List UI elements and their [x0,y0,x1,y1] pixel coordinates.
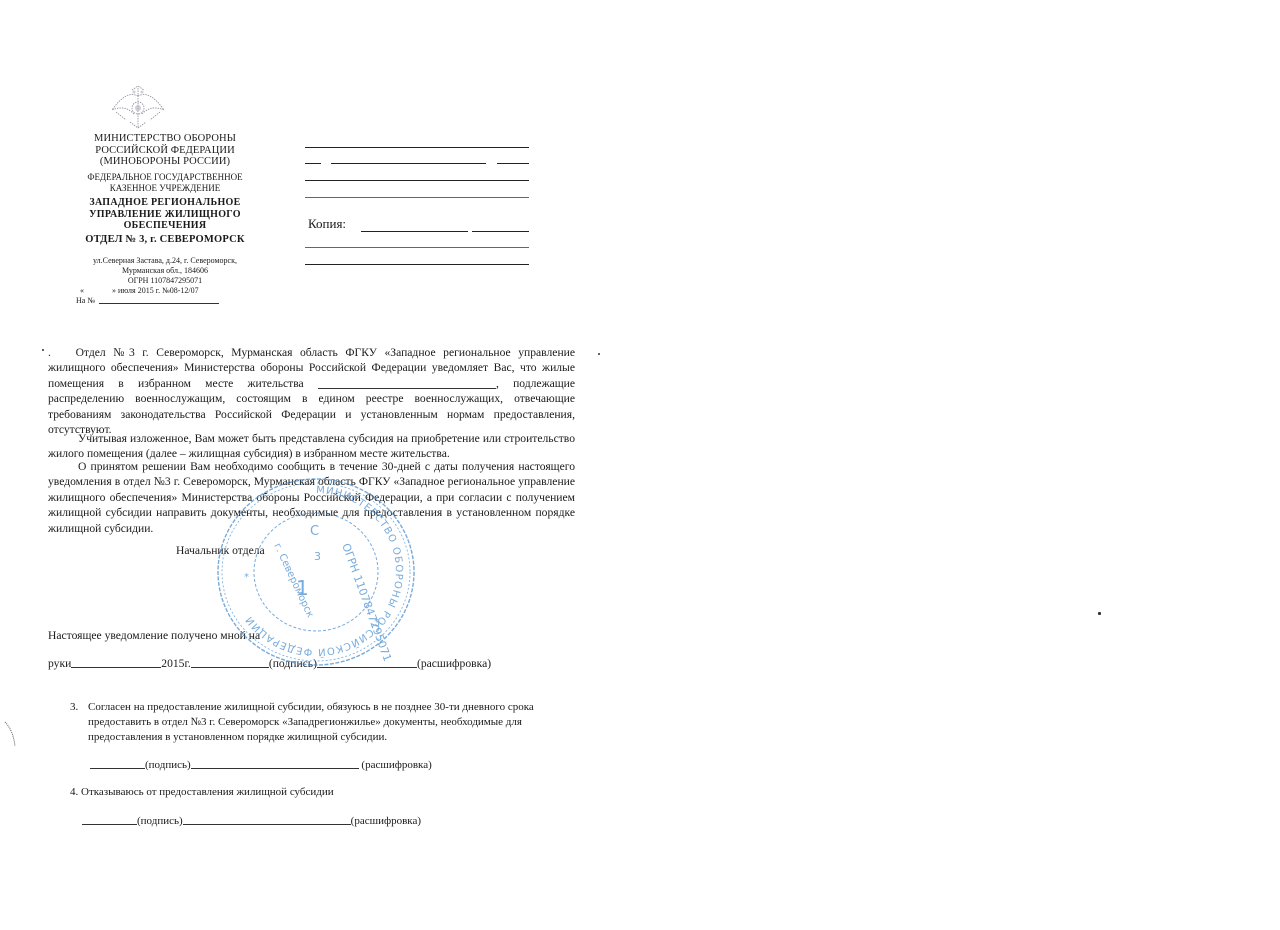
scan-speck [598,353,600,355]
addressee-line [331,163,486,164]
residence-blank [318,388,496,389]
ref-blank [99,303,219,304]
svg-text:г. Североморск: г. Североморск [271,542,315,620]
receipt-text: Настоящее уведомление получено мной на [48,629,260,642]
scan-speck [42,349,44,351]
address-line: ул.Северная Застава, д.24, г. Североморс… [60,256,270,266]
eagle-emblem-icon [108,84,168,132]
scan-edge-mark [4,720,16,750]
consent-signature-row: (подпись) (расшифровка) [90,759,432,771]
signature-blank [191,667,269,668]
signature-blank [90,768,145,769]
refusal-item: 4. Отказываюсь от предоставления жилищно… [70,786,334,798]
signatory-title: Начальник отдела [176,544,265,557]
item-number: 4. [70,786,78,798]
receipt-signature-row: руки2015г.(подпись)(расшифровка) [48,657,491,670]
hands-label: руки [48,657,71,670]
year-label: 2015г. [161,657,191,670]
department-name: ЗАПАДНОЕ РЕГИОНАЛЬНОЕ УПРАВЛЕНИЕ ЖИЛИЩНО… [60,197,270,232]
decryption-blank [191,768,359,769]
signature-blank [82,824,137,825]
department-line: УПРАВЛЕНИЕ ЖИЛИЩНОГО [60,209,270,221]
paragraph-notice: . Отдел №3 г. Североморск, Мурманская об… [48,345,575,437]
addressee-line [305,180,529,181]
signature-label: (подпись) [145,759,191,771]
institution-type: ФЕДЕРАЛЬНОЕ ГОСУДАРСТВЕННОЕ КАЗЕННОЕ УЧР… [60,172,270,194]
reference-number: На № [76,296,266,305]
item-number: 3. [70,700,78,715]
fgku-line: КАЗЕННОЕ УЧРЕЖДЕНИЕ [60,183,270,194]
consent-text: Согласен на предоставление жилищной субс… [70,700,565,745]
decryption-label: (расшифровка) [361,759,431,771]
date-blank [71,667,161,668]
ministry-line: РОССИЙСКОЙ ФЕДЕРАЦИИ [60,145,270,157]
copy-label: Копия: [308,216,346,232]
paragraph-marker: . [48,345,68,360]
office-address: ул.Северная Застава, д.24, г. Североморс… [60,256,270,286]
refusal-text: Отказываюсь от предоставления жилищной с… [81,786,334,798]
copy-line [361,231,468,232]
svg-text:*: * [374,617,379,628]
copy-line [305,247,529,248]
svg-text:1: 1 [296,576,309,600]
ministry-line: (МИНОБОРОНЫ РОССИИ) [60,156,270,168]
svg-text:3: 3 [314,550,321,563]
ministry-line: МИНИСТЕРСТВО ОБОРОНЫ [60,133,270,145]
copy-line [305,264,529,265]
decryption-label: (расшифровка) [417,657,491,670]
decryption-blank [317,667,417,668]
addressee-line [305,197,529,198]
copy-line [472,231,529,232]
date-number: » июля 2015 г. №08-12/07 [112,286,199,295]
signature-label: (подпись) [269,657,317,670]
department-line: ОБЕСПЕЧЕНИЯ [60,220,270,232]
outgoing-date-number: «» июля 2015 г. №08-12/07 [80,286,270,295]
office-name: ОТДЕЛ № 3, г. СЕВЕРОМОРСК [60,234,270,246]
decryption-label: (расшифровка) [351,815,421,827]
decryption-blank [183,824,351,825]
ministry-name: МИНИСТЕРСТВО ОБОРОНЫ РОССИЙСКОЙ ФЕДЕРАЦИ… [60,133,270,168]
date-quote: « [80,286,84,295]
fgku-line: ФЕДЕРАЛЬНОЕ ГОСУДАРСТВЕННОЕ [60,172,270,183]
ogrn-line: ОГРН 1107847295071 [60,276,270,286]
address-line: Мурманская обл., 184606 [60,266,270,276]
scan-speck [1098,612,1101,615]
paragraph-subsidy: Учитывая изложенное, Вам может быть пред… [48,431,575,462]
signature-label: (подпись) [137,815,183,827]
paragraph-decision: О принятом решении Вам необходимо сообщи… [48,459,575,536]
addressee-line [305,163,321,164]
stamp-ogrn: ОГРН 1107847295071 [339,542,394,664]
svg-text:*: * [244,572,249,583]
consent-item: 3. Согласен на предоставление жилищной с… [70,700,565,745]
ref-label: На № [76,296,95,305]
department-line: ЗАПАДНОЕ РЕГИОНАЛЬНОЕ [60,197,270,209]
addressee-line [497,163,529,164]
refusal-signature-row: (подпись)(расшифровка) [82,815,421,827]
addressee-line [305,147,529,148]
